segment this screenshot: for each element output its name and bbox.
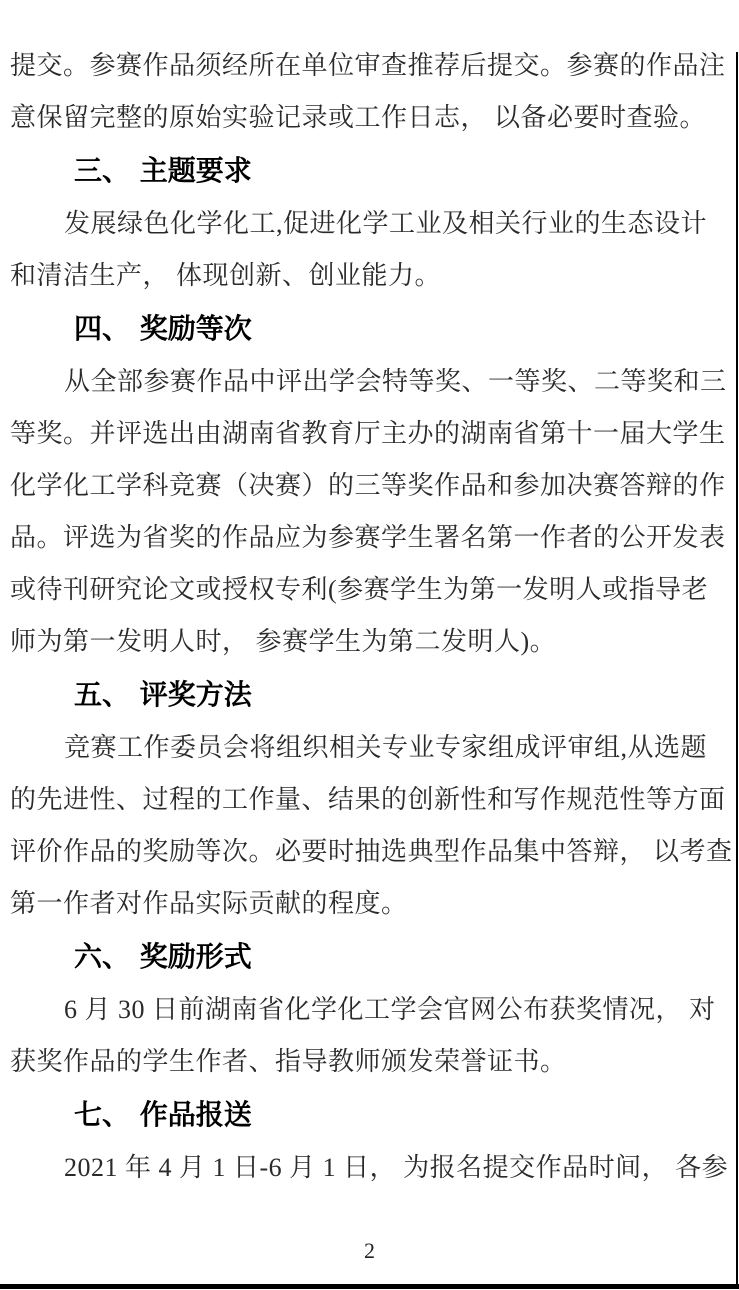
paragraph: 提交。参赛作品须经所在单位审查推荐后提交。参赛的作品注意保留完整的原始实验记录或… xyxy=(10,40,725,144)
text-line: 的先进性、过程的工作量、结果的创新性和写作规范性等方面 xyxy=(10,774,725,826)
text-line: 化学化工学科竞赛（决赛）的三等奖作品和参加决赛答辩的作 xyxy=(10,460,725,512)
paragraph: 发展绿色化学化工,促进化学工业及相关行业的生态设计和清洁生产， 体现创新、创业能… xyxy=(10,198,725,302)
text-line: 6 月 30 日前湖南省化学化工学会官网公布获奖情况， 对 xyxy=(10,984,725,1036)
text-line: 获奖作品的学生作者、指导教师颁发荣誉证书。 xyxy=(10,1036,725,1088)
paragraph: 竞赛工作委员会将组织相关专业专家组成评审组,从选题的先进性、过程的工作量、结果的… xyxy=(10,722,725,930)
text-line: 品。评选为省奖的作品应为参赛学生署名第一作者的公开发表 xyxy=(10,512,725,564)
text-line: 2021 年 4 月 1 日-6 月 1 日， 为报名提交作品时间， 各参 xyxy=(10,1142,725,1194)
text-line: 提交。参赛作品须经所在单位审查推荐后提交。参赛的作品注 xyxy=(10,40,725,92)
text-line: 或待刊研究论文或授权专利(参赛学生为第一发明人或指导老 xyxy=(10,564,725,616)
document-body: 提交。参赛作品须经所在单位审查推荐后提交。参赛的作品注意保留完整的原始实验记录或… xyxy=(10,40,725,1194)
page-right-border xyxy=(736,52,738,1289)
text-line: 和清洁生产， 体现创新、创业能力。 xyxy=(10,250,725,302)
section-heading: 七、 作品报送 xyxy=(10,1088,725,1142)
text-line: 第一作者对作品实际贡献的程度。 xyxy=(10,878,725,930)
text-line: 从全部参赛作品中评出学会特等奖、一等奖、二等奖和三 xyxy=(10,356,725,408)
paragraph: 从全部参赛作品中评出学会特等奖、一等奖、二等奖和三等奖。并评选出由湖南省教育厅主… xyxy=(10,356,725,668)
section-heading: 三、 主题要求 xyxy=(10,144,725,198)
page-number: 2 xyxy=(0,1238,739,1264)
text-line: 意保留完整的原始实验记录或工作日志， 以备必要时查验。 xyxy=(10,92,725,144)
text-line: 发展绿色化学化工,促进化学工业及相关行业的生态设计 xyxy=(10,198,725,250)
document-page: 提交。参赛作品须经所在单位审查推荐后提交。参赛的作品注意保留完整的原始实验记录或… xyxy=(0,0,739,1290)
section-heading: 五、 评奖方法 xyxy=(10,668,725,722)
text-line: 竞赛工作委员会将组织相关专业专家组成评审组,从选题 xyxy=(10,722,725,774)
text-line: 评价作品的奖励等次。必要时抽选典型作品集中答辩， 以考查 xyxy=(10,826,725,878)
text-line: 师为第一发明人时， 参赛学生为第二发明人)。 xyxy=(10,616,725,668)
section-heading: 六、 奖励形式 xyxy=(10,930,725,984)
text-line: 等奖。并评选出由湖南省教育厅主办的湖南省第十一届大学生 xyxy=(10,408,725,460)
page-bottom-border xyxy=(0,1284,739,1289)
paragraph: 6 月 30 日前湖南省化学化工学会官网公布获奖情况， 对获奖作品的学生作者、指… xyxy=(10,984,725,1088)
paragraph: 2021 年 4 月 1 日-6 月 1 日， 为报名提交作品时间， 各参 xyxy=(10,1142,725,1194)
section-heading: 四、 奖励等次 xyxy=(10,302,725,356)
